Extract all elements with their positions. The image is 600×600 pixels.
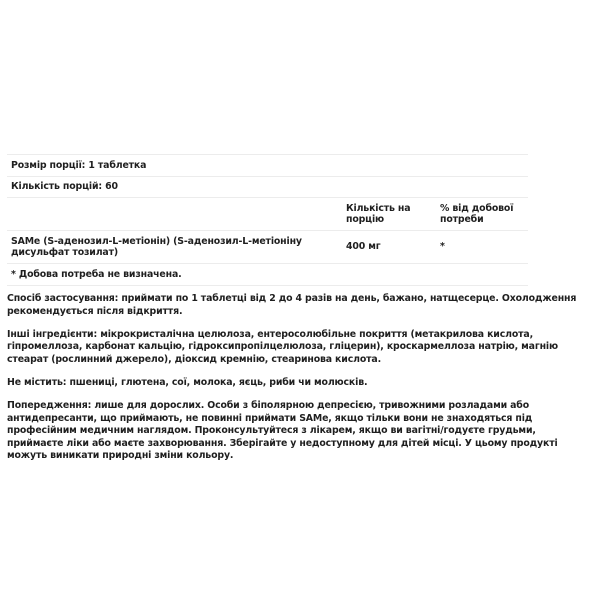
footnote: * Добова потреба не визначена. [7, 264, 528, 286]
servings-count: Кількість порцій: 60 [7, 177, 528, 198]
header-name [7, 198, 342, 231]
footnote-row: * Добова потреба не визначена. [7, 264, 528, 286]
warning-paragraph: Попередження: лише для дорослих. Особи з… [7, 400, 593, 463]
servings-count-row: Кількість порцій: 60 [7, 177, 528, 198]
ingredient-amount: 400 мг [342, 231, 436, 264]
header-amount: Кількість на порцію [342, 198, 436, 231]
serving-size-row: Розмір порції: 1 таблетка [7, 155, 528, 177]
serving-size: Розмір порції: 1 таблетка [7, 155, 528, 177]
header-daily-value: % від добової потреби [436, 198, 528, 231]
product-description: Спосіб застосування: приймати по 1 табле… [7, 293, 593, 474]
other-ingredients-paragraph: Інші інгредієнти: мікрокристалічна целюл… [7, 329, 593, 367]
supplement-facts-table: Розмір порції: 1 таблетка Кількість порц… [7, 154, 528, 286]
free-of-paragraph: Не містить: пшениці, глютена, сої, молок… [7, 377, 593, 390]
table-row: SAMe (S-аденозил-L-метіонін) (S-аденозил… [7, 231, 528, 264]
table-header-row: Кількість на порцію % від добової потреб… [7, 198, 528, 231]
ingredient-name: SAMe (S-аденозил-L-метіонін) (S-аденозил… [7, 231, 342, 264]
usage-paragraph: Спосіб застосування: приймати по 1 табле… [7, 293, 593, 318]
ingredient-daily-value: * [436, 231, 528, 264]
